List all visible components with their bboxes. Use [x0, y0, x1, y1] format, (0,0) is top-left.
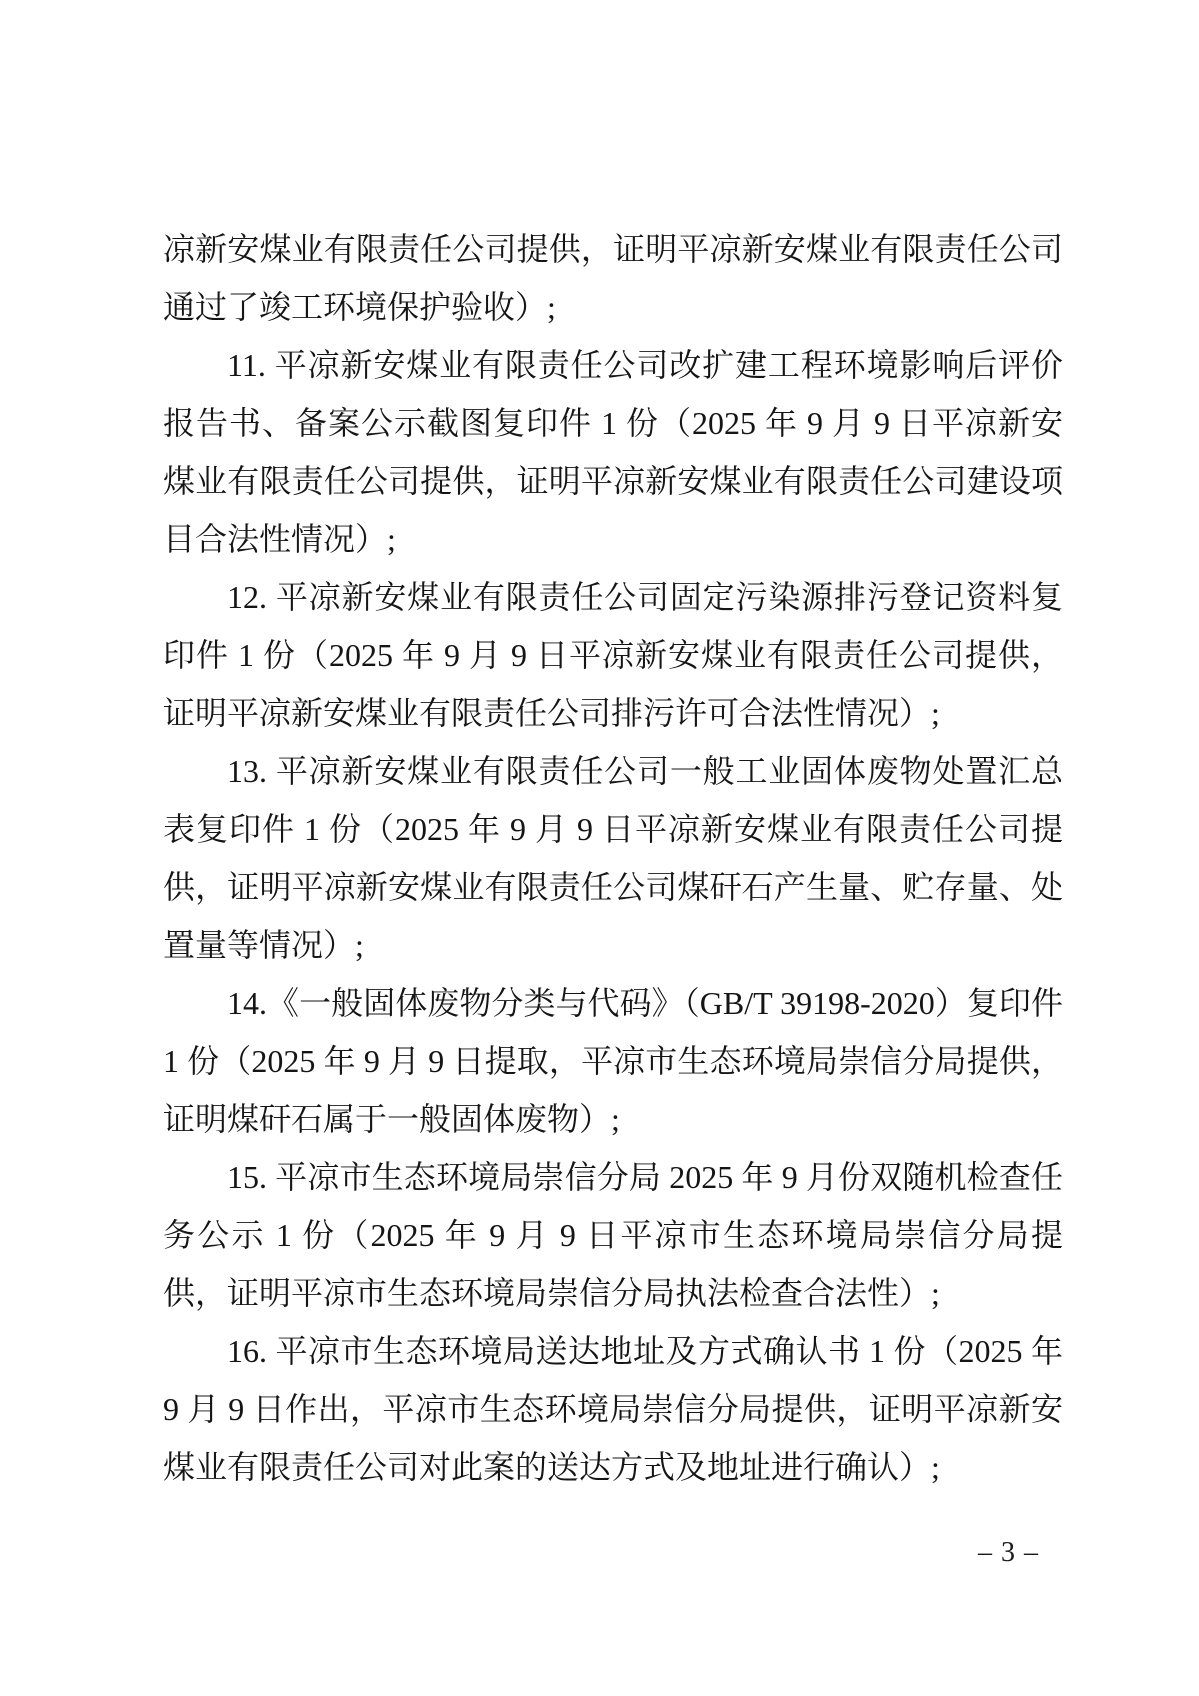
paragraph-evidence-item-11: 11. 平凉新安煤业有限责任公司改扩建工程环境影响后评价报告书、备案公示截图复印…	[163, 336, 1063, 568]
paragraph-evidence-item-16: 16. 平凉市生态环境局送达地址及方式确认书 1 份（2025 年 9 月 9 …	[163, 1322, 1063, 1496]
paragraph-evidence-item-15: 15. 平凉市生态环境局崇信分局 2025 年 9 月份双随机检查任务公示 1 …	[163, 1148, 1063, 1322]
document-body: 凉新安煤业有限责任公司提供，证明平凉新安煤业有限责任公司通过了竣工环境保护验收）…	[163, 220, 1063, 1496]
document-page: 凉新安煤业有限责任公司提供，证明平凉新安煤业有限责任公司通过了竣工环境保护验收）…	[0, 0, 1199, 1696]
paragraph-evidence-item-13: 13. 平凉新安煤业有限责任公司一般工业固体废物处置汇总表复印件 1 份（202…	[163, 742, 1063, 974]
page-number: – 3 –	[978, 1537, 1039, 1569]
paragraph-evidence-item-12: 12. 平凉新安煤业有限责任公司固定污染源排污登记资料复印件 1 份（2025 …	[163, 568, 1063, 742]
paragraph-evidence-item-14: 14.《一般固体废物分类与代码》（GB/T 39198-2020）复印件 1 份…	[163, 974, 1063, 1148]
paragraph-item-10-continuation: 凉新安煤业有限责任公司提供，证明平凉新安煤业有限责任公司通过了竣工环境保护验收）…	[163, 220, 1063, 336]
